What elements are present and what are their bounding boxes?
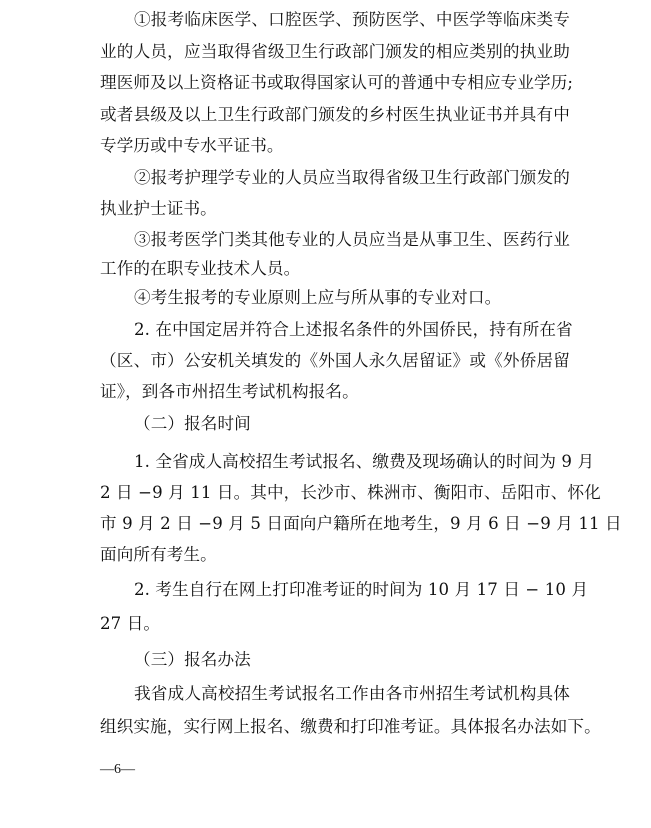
text-line: ④考生报考的专业原则上应与所从事的专业对口。 [134,288,570,308]
text-line: 我省成人高校招生考试报名工作由各市州招生考试机构具体 [134,684,570,704]
text-line: 2. 考生自行在网上打印准考证的时间为 10 月 17 日 − 10 月 [134,580,570,600]
text-line: ①报考临床医学、口腔医学、预防医学、中医学等临床类专 [134,10,570,30]
text-line: 工作的在职专业技术人员。 [100,259,570,279]
text-line: 2. 在中国定居并符合上述报名条件的外国侨民，持有所在省 [134,320,570,340]
page-number: —6— [100,761,135,779]
text-line: 面向所有考生。 [100,545,570,565]
text-line: （二）报名时间 [134,414,570,434]
text-line: ②报考护理学专业的人员应当取得省级卫生行政部门颁发的 [134,168,570,188]
text-line: 或者县级及以上卫生行政部门颁发的乡村医生执业证书并具有中 [100,105,570,125]
document-page: ①报考临床医学、口腔医学、预防医学、中医学等临床类专业的人员，应当取得省级卫生行… [0,0,651,828]
text-line: 市 9 月 2 日 −9 月 5 日面向户籍所在地考生，9 月 6 日 −9 月… [100,514,570,534]
text-line: 组织实施，实行网上报名、缴费和打印准考证。具体报名办法如下。 [100,717,570,737]
text-line: 理医师及以上资格证书或取得国家认可的普通中专相应专业学历; [100,73,570,93]
text-line: ③报考医学门类其他专业的人员应当是从事卫生、医药行业 [134,230,570,250]
text-line: 专学历或中专水平证书。 [100,136,570,156]
text-line: 执业护士证书。 [100,199,570,219]
text-line: 1. 全省成人高校招生考试报名、缴费及现场确认的时间为 9 月 [134,452,570,472]
text-line: 27 日。 [100,614,570,634]
text-line: 2 日 −9 月 11 日。其中，长沙市、株洲市、衡阳市、岳阳市、怀化 [100,483,570,503]
text-line: （区、市）公安机关填发的《外国人永久居留证》或《外侨居留 [100,351,570,371]
text-line: 业的人员，应当取得省级卫生行政部门颁发的相应类别的执业助 [100,42,570,62]
text-line: 证》，到各市州招生考试机构报名。 [100,382,570,402]
text-line: （三）报名办法 [134,650,570,670]
